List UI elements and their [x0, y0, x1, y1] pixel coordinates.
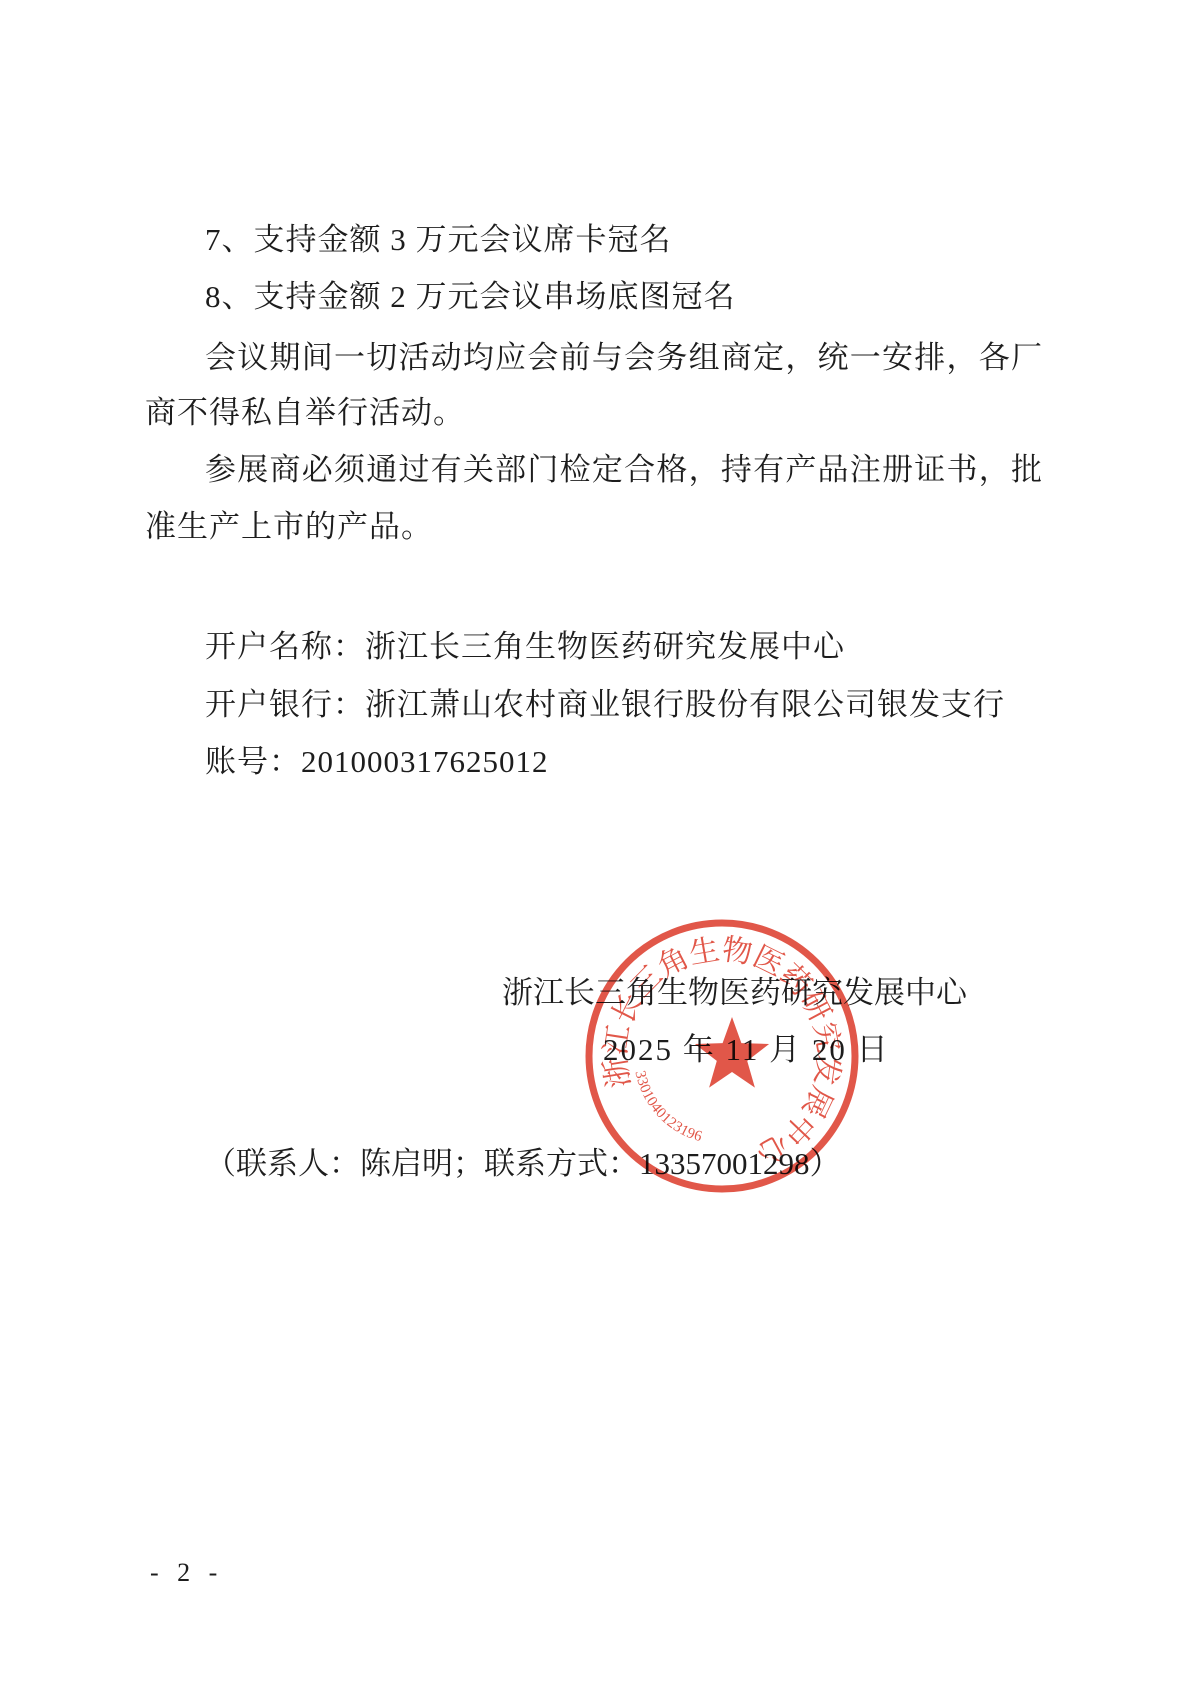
signature-org: 浙江长三角生物医药研究发展中心	[502, 977, 967, 1008]
document-page: 7、支持金额 3 万元会议席卡冠名 8、支持金额 2 万元会议串场底图冠名 会议…	[0, 0, 1190, 1683]
paragraph2-line2: 准生产上市的产品。	[145, 511, 433, 542]
page-number: - 2 -	[150, 1560, 223, 1586]
list-item-8: 8、支持金额 2 万元会议串场底图冠名	[205, 281, 736, 312]
account-number-line: 账号：201000317625012	[205, 746, 549, 777]
bank-line: 开户银行：浙江萧山农村商业银行股份有限公司银发支行	[205, 689, 1005, 720]
contact-line: （联系人：陈启明；联系方式：13357001298）	[205, 1148, 841, 1179]
stamp-serial-number: 3301040123196	[631, 1069, 704, 1145]
paragraph2-line1: 参展商必须通过有关部门检定合格，持有产品注册证书，批	[205, 454, 1043, 485]
account-name-line: 开户名称：浙江长三角生物医药研究发展中心	[205, 631, 845, 662]
paragraph1-line2: 商不得私自举行活动。	[145, 397, 465, 428]
list-item-7: 7、支持金额 3 万元会议席卡冠名	[205, 224, 672, 255]
signature-date: 2025 年 11 月 20 日	[603, 1034, 890, 1065]
paragraph1-line1: 会议期间一切活动均应会前与会务组商定，统一安排，各厂	[205, 342, 1043, 373]
